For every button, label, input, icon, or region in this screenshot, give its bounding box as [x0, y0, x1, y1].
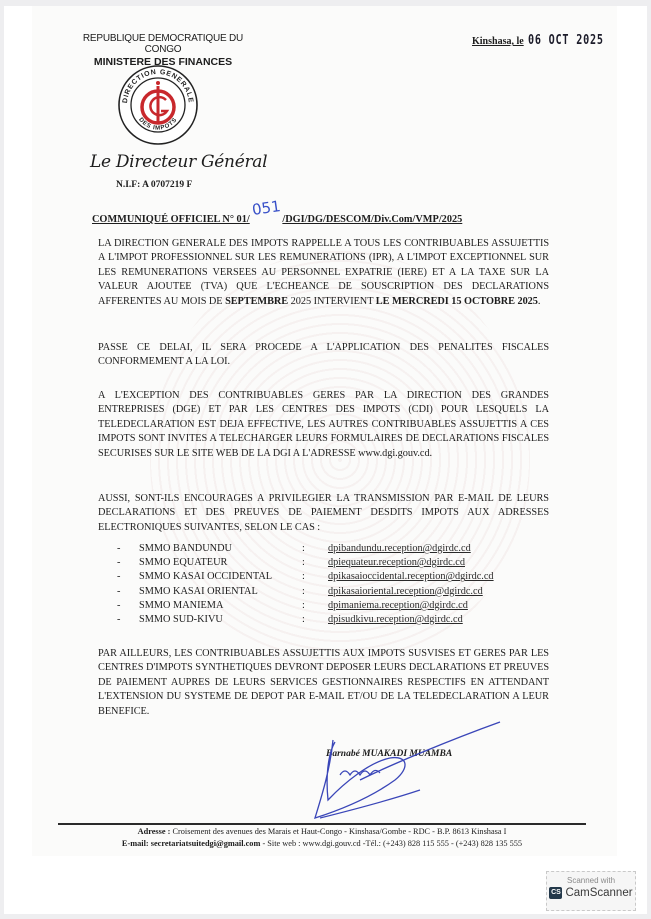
country-name: REPUBLIQUE DEMOCRATIQUE DU CONGO — [68, 33, 258, 55]
office-name: SMMO MANIEMA — [139, 599, 302, 613]
address-text: Croisement des avenues des Marais et Hau… — [170, 827, 506, 836]
footer-address-line: Adresse : Croisement des avenues des Mar… — [58, 826, 586, 838]
date-stamp: 06 OCT 2025 — [528, 33, 604, 48]
paragraph-deadline: LA DIRECTION GENERALE DES IMPOTS RAPPELL… — [98, 237, 549, 309]
footer-contact: Adresse : Croisement des avenues des Mar… — [58, 826, 586, 850]
p1-deadline-date: LE MERCREDI 15 OCTOBRE 2025 — [376, 296, 538, 307]
paragraph-penalties: PASSE CE DELAI, IL SERA PROCEDE A L'APPL… — [98, 341, 549, 370]
office-name: SMMO EQUATEUR — [139, 556, 302, 570]
camscanner-logo-icon: CS — [549, 887, 562, 899]
separator: : — [302, 556, 328, 570]
office-email-link[interactable]: dpimaniema.reception@dgirdc.cd — [328, 599, 468, 613]
bullet-dash: - — [117, 599, 139, 613]
bullet-dash: - — [117, 570, 139, 584]
bullet-dash: - — [117, 613, 139, 627]
office-name: SMMO SUD-KIVU — [139, 613, 302, 627]
office-email-link[interactable]: dpibandundu.reception@dgirdc.cd — [328, 542, 471, 556]
office-email-link[interactable]: dpisudkivu.reception@dgirdc.cd — [328, 613, 463, 627]
separator: : — [302, 570, 328, 584]
list-item: -SMMO KASAI OCCIDENTAL:dpikasaioccidenta… — [117, 570, 494, 584]
footer-email: E-mail: secretariatsuitedgi@gmail.com — [122, 839, 260, 848]
reference-prefix: COMMUNIQUÉ OFFICIEL N° 01/ — [92, 214, 250, 225]
office-email-link[interactable]: dpikasaioriental.reception@dgirdc.cd — [328, 585, 483, 599]
handwritten-number: 051 — [251, 197, 282, 219]
separator: : — [302, 585, 328, 599]
separator: : — [302, 542, 328, 556]
scanned-with-label: Scanned with — [547, 876, 635, 885]
camscanner-name: CamScanner — [565, 887, 632, 899]
bullet-dash: - — [117, 556, 139, 570]
separator: : — [302, 599, 328, 613]
office-email-link[interactable]: dpikasaioccidental.reception@dgirdc.cd — [328, 570, 494, 584]
nif-number: N.I.F: A 0707219 F — [116, 180, 192, 190]
date-line: Kinshasa, le 06 OCT 2025 — [472, 33, 625, 48]
paragraph-forms: A L'EXCEPTION DES CONTRIBUABLES GERES PA… — [98, 389, 549, 461]
office-email-link[interactable]: dpiequateur.reception@dgirdc.cd — [328, 556, 465, 570]
bullet-dash: - — [117, 585, 139, 599]
list-item: -SMMO KASAI ORIENTAL:dpikasaioriental.re… — [117, 585, 494, 599]
footer-web-phone: - Site web : www.dgi.gouv.cd -Tél.: (+24… — [260, 839, 522, 848]
address-label: Adresse : — [138, 827, 171, 836]
communique-reference: COMMUNIQUÉ OFFICIEL N° 01/051/DGI/DG/DES… — [92, 208, 462, 226]
camscanner-badge: Scanned with CS CamScanner — [546, 871, 636, 911]
paragraph-email-transmission: AUSSI, SONT-ILS ENCOURAGES A PRIVILEGIER… — [98, 492, 549, 535]
list-item: -SMMO MANIEMA:dpimaniema.reception@dgird… — [117, 599, 494, 613]
reference-suffix: /DGI/DG/DESCOM/Div.Com/VMP/2025 — [282, 214, 462, 225]
p1-month: SEPTEMBRE — [225, 296, 288, 307]
list-item: -SMMO BANDUNDU:dpibandundu.reception@dgi… — [117, 542, 494, 556]
date-label: Kinshasa, le — [472, 36, 524, 47]
paragraph-synthetic-centres: PAR AILLEURS, LES CONTRIBUABLES ASSUJETT… — [98, 647, 549, 719]
dgi-logo-icon: DIRECTION GENERALE DES IMPOTS — [117, 64, 199, 146]
footer-contact-line: E-mail: secretariatsuitedgi@gmail.com - … — [58, 838, 586, 850]
handwritten-signature-icon — [300, 720, 510, 825]
list-item: -SMMO SUD-KIVU:dpisudkivu.reception@dgir… — [117, 613, 494, 627]
separator: : — [302, 613, 328, 627]
office-name: SMMO KASAI OCCIDENTAL — [139, 570, 302, 584]
p1-text-b: 2025 INTERVIENT — [288, 296, 376, 307]
office-name: SMMO BANDUNDU — [139, 542, 302, 556]
list-item: -SMMO EQUATEUR:dpiequateur.reception@dgi… — [117, 556, 494, 570]
email-contact-list: -SMMO BANDUNDU:dpibandundu.reception@dgi… — [117, 542, 494, 627]
footer-divider — [58, 823, 586, 825]
office-name: SMMO KASAI ORIENTAL — [139, 585, 302, 599]
director-general-title: Le Directeur Général — [90, 152, 267, 172]
p1-end: . — [538, 296, 541, 307]
letterhead: REPUBLIQUE DEMOCRATIQUE DU CONGO MINISTE… — [68, 33, 258, 68]
bullet-dash: - — [117, 542, 139, 556]
